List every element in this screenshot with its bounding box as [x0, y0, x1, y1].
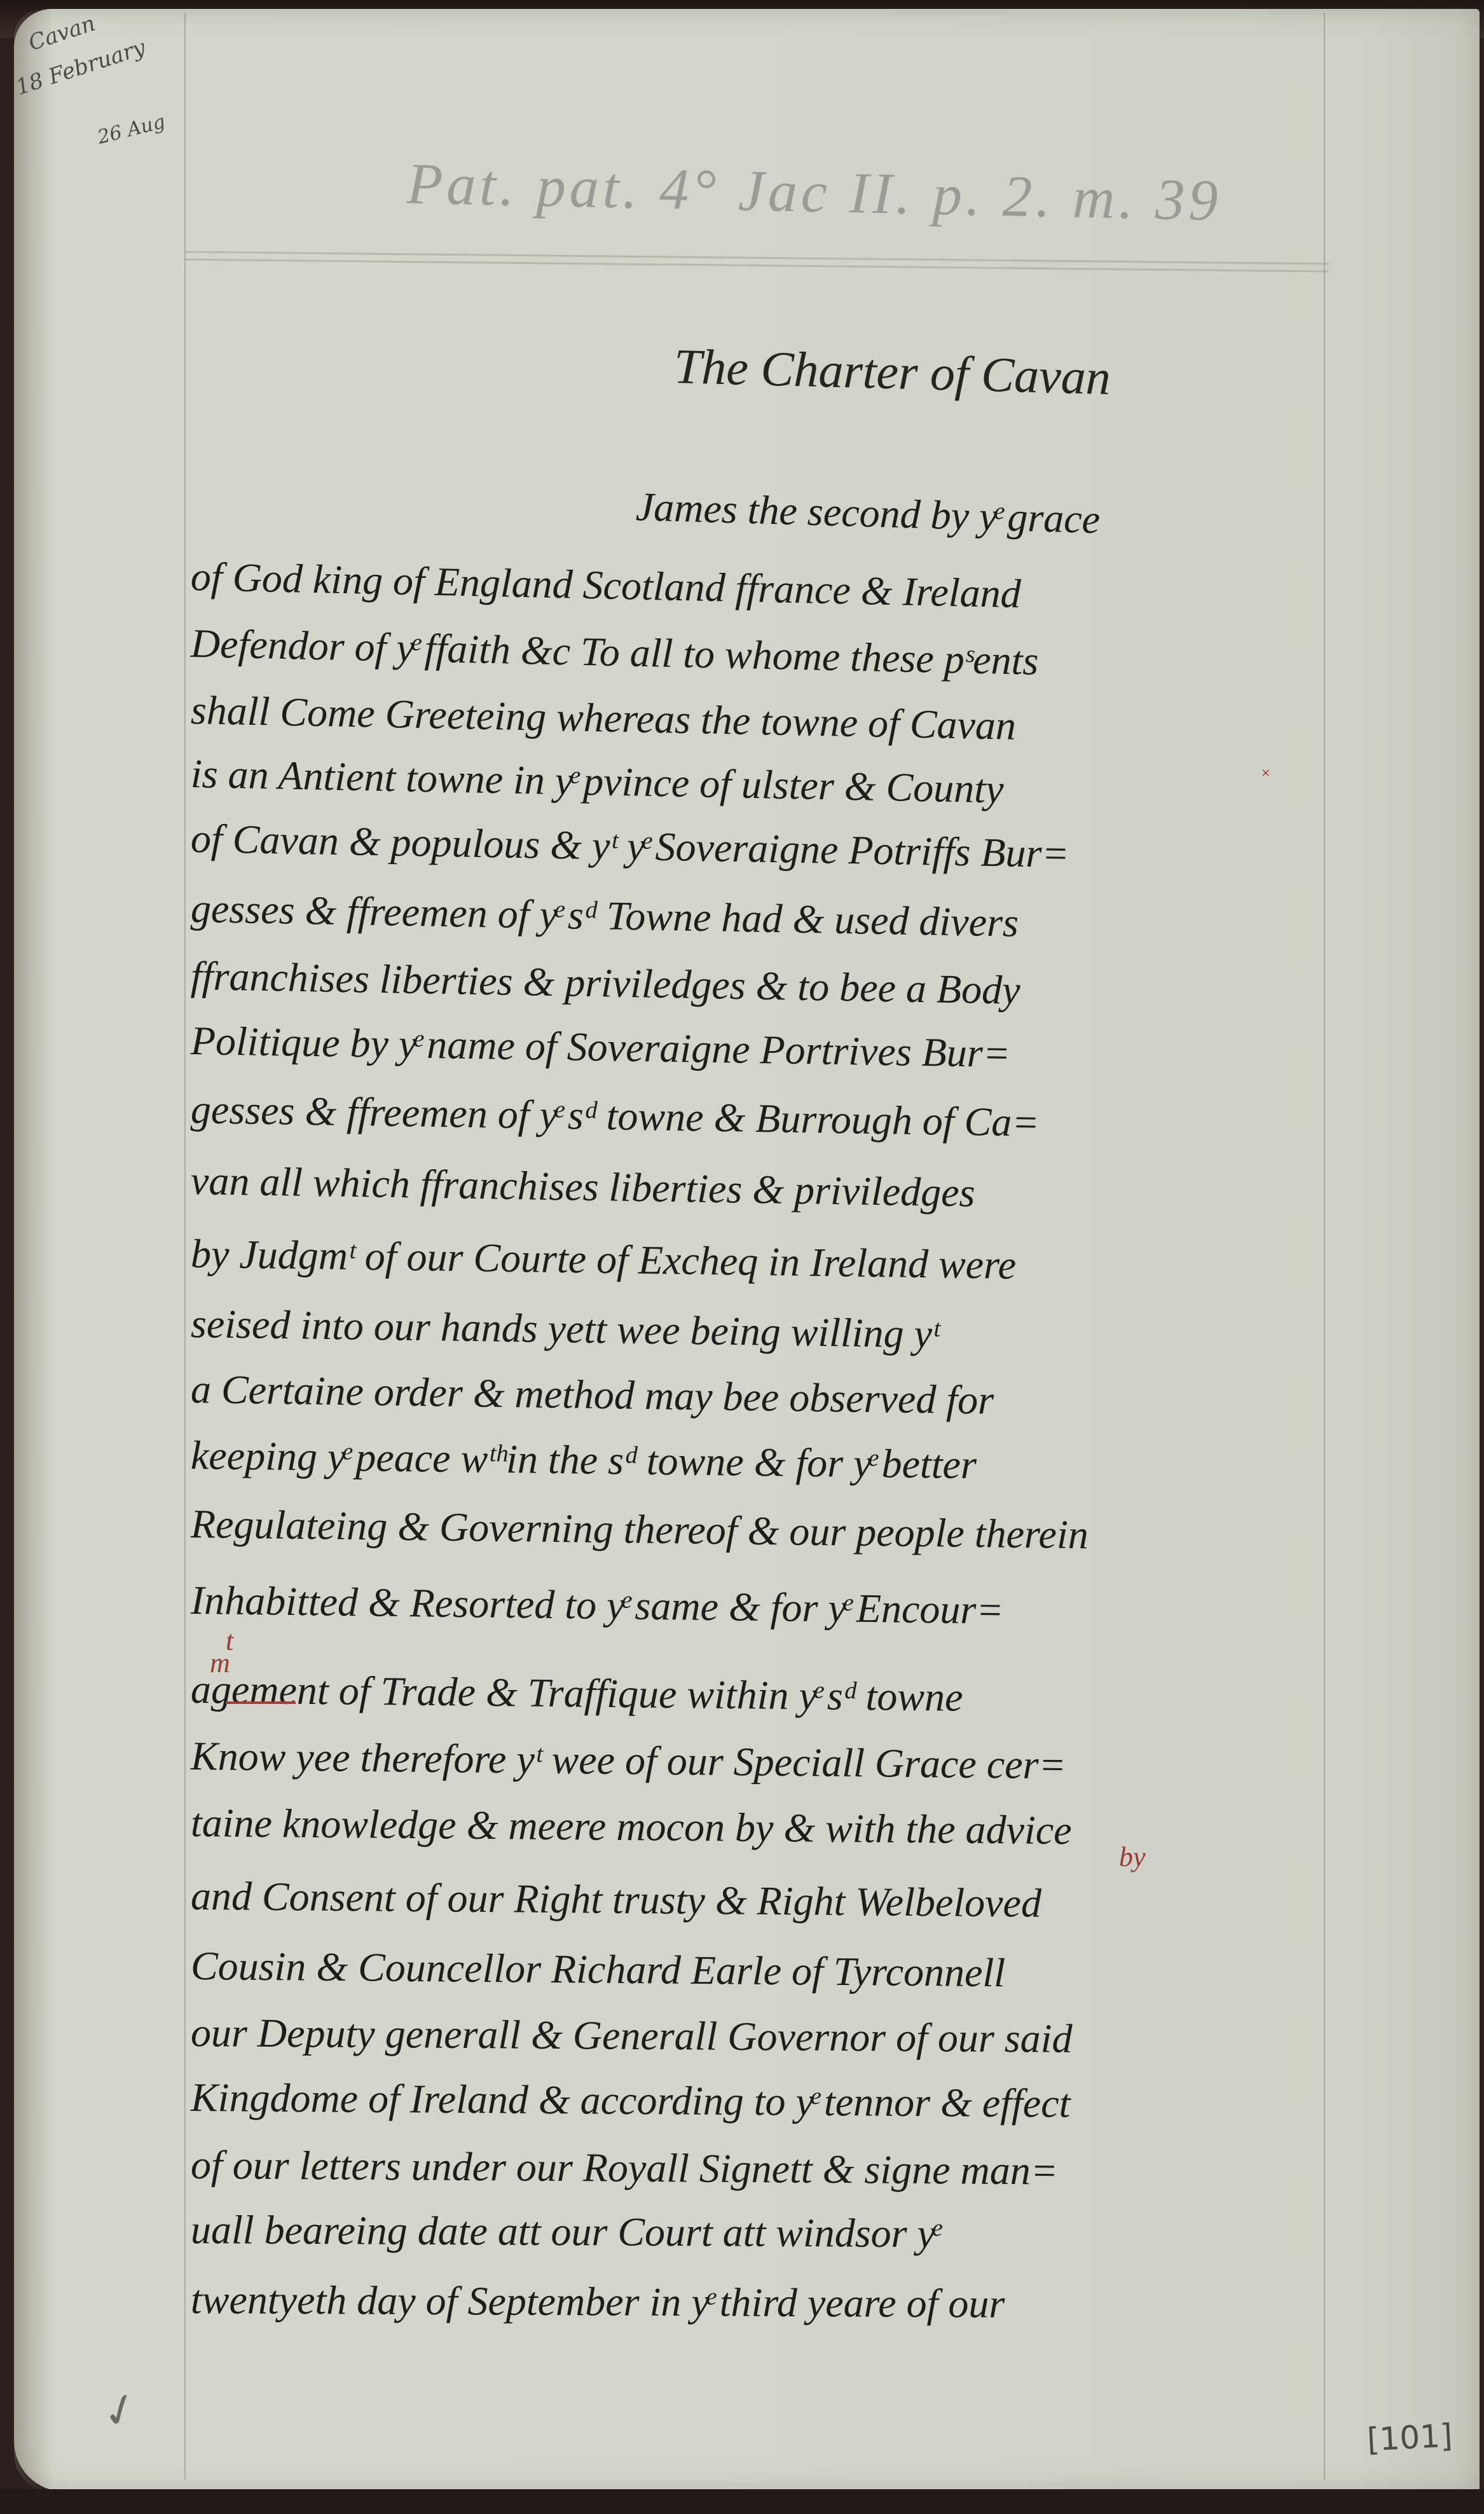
text-line: uall beareing date att our Court att win… [191, 2206, 1335, 2259]
text-line: and Consent of our Right trusty & Right … [191, 1872, 1336, 1930]
document-title: The Charter of Cavan [673, 338, 1111, 406]
book-bottom-edge [0, 2489, 1484, 2514]
text-line: of our letters under our Royall Signett … [191, 2141, 1335, 2197]
correction-mark-county: ˟ [1262, 766, 1269, 788]
left-margin-rule [184, 13, 186, 2480]
text-line: Kingdome of Ireland & according to yͤ te… [191, 2074, 1335, 2129]
text-line: twentyeth day of September in yͤ third y… [191, 2276, 1335, 2329]
correction-insert-t: t [226, 1624, 233, 1657]
correction-strikethrough [226, 1701, 296, 1704]
text-line: Cousin & Councellor Richard Earle of Tyr… [191, 1942, 1336, 2000]
correction-insert-by: by [1119, 1841, 1146, 1873]
text-line: our Deputy generall & Generall Governor … [191, 2009, 1335, 2064]
text-line: taine knowledge & meere mocon by & with … [191, 1799, 1336, 1857]
page-gutter-shadow [14, 9, 52, 2492]
page-number: [101] [1366, 2417, 1453, 2459]
